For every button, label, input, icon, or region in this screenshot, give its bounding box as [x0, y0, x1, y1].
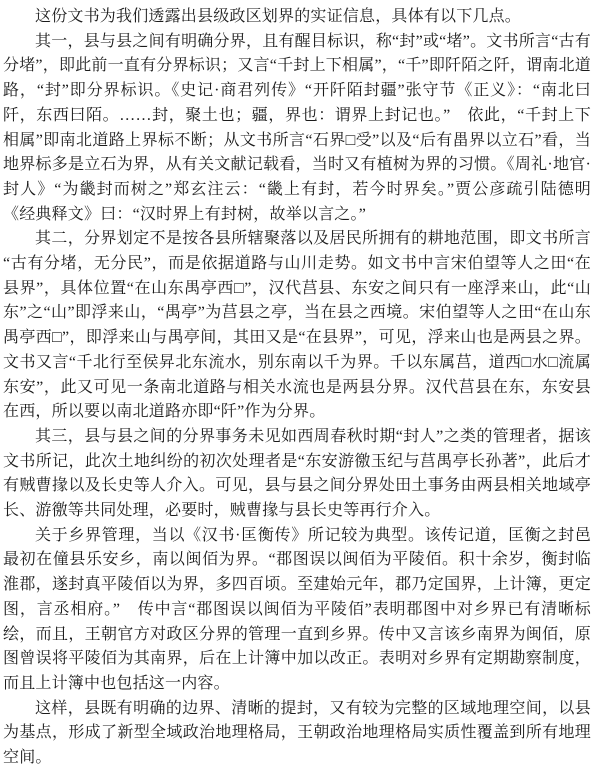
paragraph-point-three: 其三，县与县之间的分界事务未见如西周春秋时期“封人”之类的管理者，据该文书所记，… — [3, 425, 591, 524]
paragraph-point-two: 其二，分界划定不是按各县所辖聚落以及居民所拥有的耕地范围，即文书所言“古有分堵，… — [3, 227, 591, 425]
document-page: 这份文书为我们透露出县级政区划界的实证信息，具体有以下几点。 其一，县与县之间有… — [0, 0, 596, 766]
paragraph-conclusion: 这样，县既有明确的边界、清晰的提封，又有较为完整的区域地理空间，以县为基点，形成… — [3, 697, 591, 766]
paragraph-point-one: 其一，县与县之间有明确分界，且有醒目标识，称“封”或“堵”。文书所言“古有分堵”… — [3, 30, 591, 228]
paragraph-township-boundary: 关于乡界管理，当以《汉书·匡衡传》所记较为典型。该传记道，匡衡之封邑最初在僮县乐… — [3, 524, 591, 697]
paragraph-intro: 这份文书为我们透露出县级政区划界的实证信息，具体有以下几点。 — [3, 5, 591, 30]
